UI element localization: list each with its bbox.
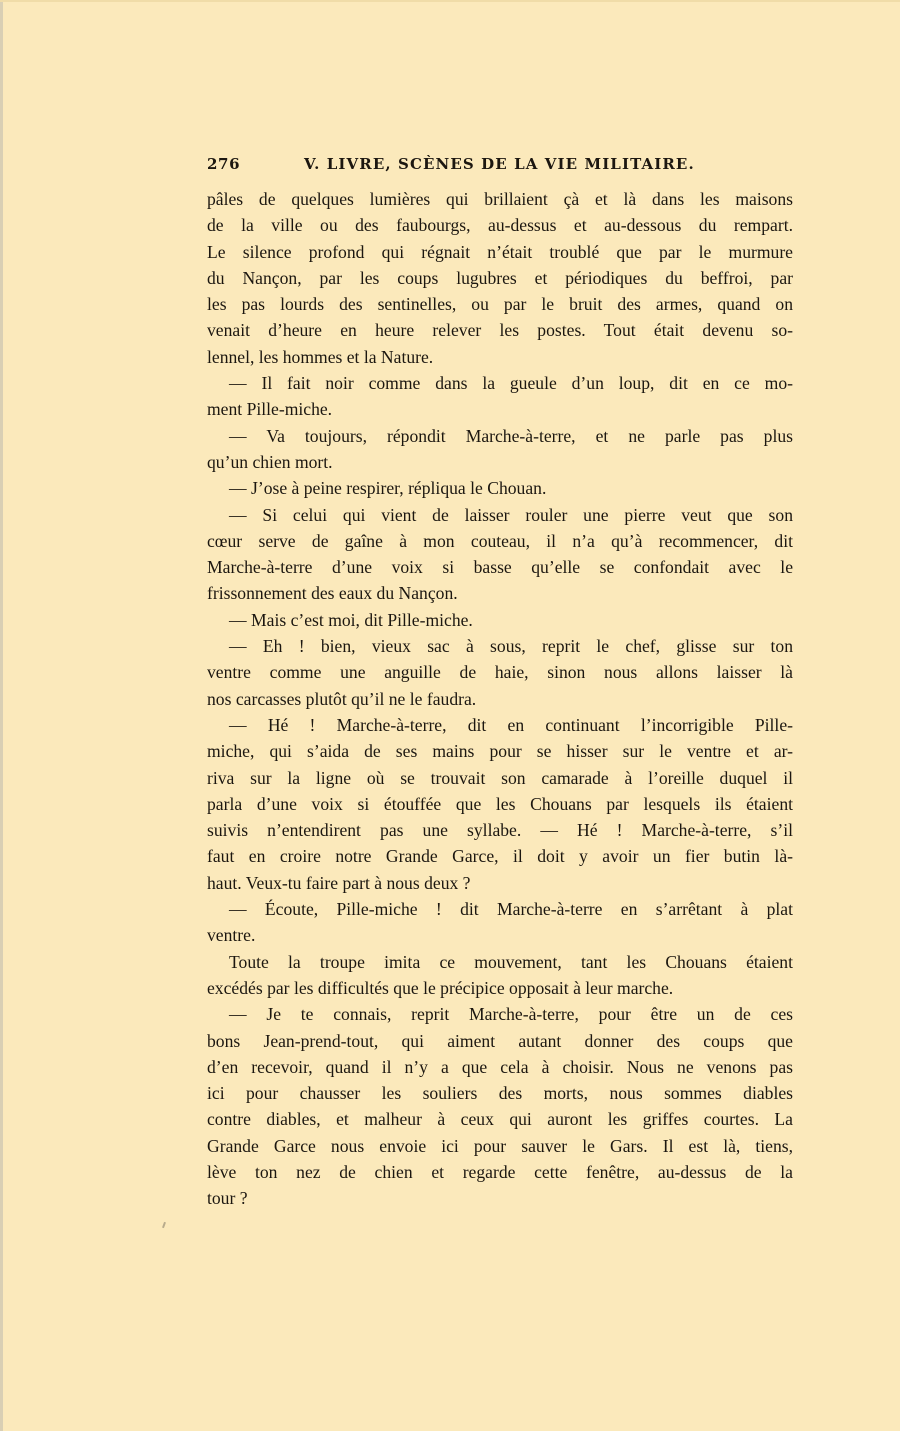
text-line-content: suivis n’entendirent pas une syllabe. — … [207, 817, 793, 843]
text-line-content: ventre. [207, 922, 255, 948]
text-line-content: Marche-à-terre d’une voix si basse qu’el… [207, 554, 793, 580]
text-line-content: — Hé ! Marche-à-terre, dit en continuant… [229, 712, 793, 738]
text-line: excédés par les difficultés que le préci… [207, 975, 793, 1001]
text-line-content: — Écoute, Pille-miche ! dit Marche-à-ter… [229, 896, 793, 922]
text-line-content: contre diables, et malheur à ceux qui au… [207, 1106, 793, 1132]
text-line-content: — Il fait noir comme dans la gueule d’un… [229, 370, 793, 396]
text-line: de la ville ou des faubourgs, au-dessus … [207, 212, 793, 238]
text-line: cœur serve de gaîne à mon couteau, il n’… [207, 528, 793, 554]
text-line: tour ? [207, 1185, 793, 1211]
text-line: lève ton nez de chien et regarde cette f… [207, 1159, 793, 1185]
text-line-content: bons Jean-prend-tout, qui aiment autant … [207, 1028, 793, 1054]
text-line: d’en recevoir, quand il n’y a que cela à… [207, 1054, 793, 1080]
text-line: du Nançon, par les coups lugubres et pér… [207, 265, 793, 291]
text-line-content: — J’ose à peine respirer, répliqua le Ch… [229, 475, 546, 501]
text-line-content: ventre comme une anguille de haie, sinon… [207, 659, 793, 685]
text-line-content: — Mais c’est moi, dit Pille-miche. [229, 607, 473, 633]
text-line-content: lennel, les hommes et la Nature. [207, 344, 433, 370]
text-line: haut. Veux-tu faire part à nous deux ? [207, 870, 793, 896]
text-line: pâles de quelques lumières qui brillaien… [207, 186, 793, 212]
running-head-title: V. LIVRE, SCÈNES DE LA VIE MILITAIRE. [304, 155, 695, 173]
text-line: riva sur la ligne où se trouvait son cam… [207, 765, 793, 791]
text-line: — Écoute, Pille-miche ! dit Marche-à-ter… [207, 896, 793, 922]
text-line: ici pour chausser les souliers des morts… [207, 1080, 793, 1106]
text-line-content: — Si celui qui vient de laisser rouler u… [229, 502, 793, 528]
text-line: — Hé ! Marche-à-terre, dit en continuant… [207, 712, 793, 738]
text-line-content: frissonnement des eaux du Nançon. [207, 580, 458, 606]
text-line: — Va toujours, répondit Marche-à-terre, … [207, 423, 793, 449]
text-line: Marche-à-terre d’une voix si basse qu’el… [207, 554, 793, 580]
text-line: suivis n’entendirent pas une syllabe. — … [207, 817, 793, 843]
text-line: — J’ose à peine respirer, répliqua le Ch… [207, 475, 793, 501]
page-edge-shadow [0, 0, 3, 1431]
text-line-content: parla d’une voix si étouffée que les Cho… [207, 791, 793, 817]
text-line: — Eh ! bien, vieux sac à sous, reprit le… [207, 633, 793, 659]
text-line-content: de la ville ou des faubourgs, au-dessus … [207, 212, 793, 238]
text-line-content: Toute la troupe imita ce mouvement, tant… [229, 949, 793, 975]
text-line: venait d’heure en heure relever les post… [207, 317, 793, 343]
text-line-content: les pas lourds des sentinelles, ou par l… [207, 291, 793, 317]
text-line-content: Le silence profond qui régnait n’était t… [207, 239, 793, 265]
text-line: miche, qui s’aida de ses mains pour se h… [207, 738, 793, 764]
text-line-content: faut en croire notre Grande Garce, il do… [207, 843, 793, 869]
text-line: nos carcasses plutôt qu’il ne le faudra. [207, 686, 793, 712]
text-line-content: riva sur la ligne où se trouvait son cam… [207, 765, 793, 791]
text-line-content: — Je te connais, reprit Marche-à-terre, … [229, 1001, 793, 1027]
text-line: Grande Garce nous envoie ici pour sauver… [207, 1133, 793, 1159]
text-line: — Mais c’est moi, dit Pille-miche. [207, 607, 793, 633]
text-line-content: pâles de quelques lumières qui brillaien… [207, 186, 793, 212]
text-line-content: excédés par les difficultés que le préci… [207, 975, 673, 1001]
page-edge-top [0, 0, 900, 2]
text-line-content: — Va toujours, répondit Marche-à-terre, … [229, 423, 793, 449]
text-line: contre diables, et malheur à ceux qui au… [207, 1106, 793, 1132]
text-line-content: venait d’heure en heure relever les post… [207, 317, 793, 343]
text-line: — Je te connais, reprit Marche-à-terre, … [207, 1001, 793, 1027]
text-line: ment Pille-miche. [207, 396, 793, 422]
text-line-content: miche, qui s’aida de ses mains pour se h… [207, 738, 793, 764]
text-line-content: lève ton nez de chien et regarde cette f… [207, 1159, 793, 1185]
text-line: parla d’une voix si étouffée que les Cho… [207, 791, 793, 817]
text-line-content: tour ? [207, 1185, 248, 1211]
running-head: 276 V. LIVRE, SCÈNES DE LA VIE MILITAIRE… [207, 155, 793, 179]
text-line-content: du Nançon, par les coups lugubres et pér… [207, 265, 793, 291]
text-line: bons Jean-prend-tout, qui aiment autant … [207, 1028, 793, 1054]
stray-ink-mark [162, 1222, 166, 1228]
text-line: — Il fait noir comme dans la gueule d’un… [207, 370, 793, 396]
text-line-content: cœur serve de gaîne à mon couteau, il n’… [207, 528, 793, 554]
text-line-content: nos carcasses plutôt qu’il ne le faudra. [207, 686, 476, 712]
text-line-content: qu’un chien mort. [207, 449, 333, 475]
text-line-content: ment Pille-miche. [207, 396, 332, 422]
text-line: faut en croire notre Grande Garce, il do… [207, 843, 793, 869]
text-line: — Si celui qui vient de laisser rouler u… [207, 502, 793, 528]
text-line: frissonnement des eaux du Nançon. [207, 580, 793, 606]
text-line: lennel, les hommes et la Nature. [207, 344, 793, 370]
text-line-content: d’en recevoir, quand il n’y a que cela à… [207, 1054, 793, 1080]
page-number: 276 [207, 155, 240, 173]
text-line: qu’un chien mort. [207, 449, 793, 475]
text-line: Toute la troupe imita ce mouvement, tant… [207, 949, 793, 975]
text-line: les pas lourds des sentinelles, ou par l… [207, 291, 793, 317]
text-line: Le silence profond qui régnait n’était t… [207, 239, 793, 265]
text-line-content: haut. Veux-tu faire part à nous deux ? [207, 870, 471, 896]
text-line-content: — Eh ! bien, vieux sac à sous, reprit le… [229, 633, 793, 659]
text-line-content: Grande Garce nous envoie ici pour sauver… [207, 1133, 793, 1159]
body-text: pâles de quelques lumières qui brillaien… [207, 186, 793, 1212]
text-line-content: ici pour chausser les souliers des morts… [207, 1080, 793, 1106]
text-line: ventre comme une anguille de haie, sinon… [207, 659, 793, 685]
text-line: ventre. [207, 922, 793, 948]
